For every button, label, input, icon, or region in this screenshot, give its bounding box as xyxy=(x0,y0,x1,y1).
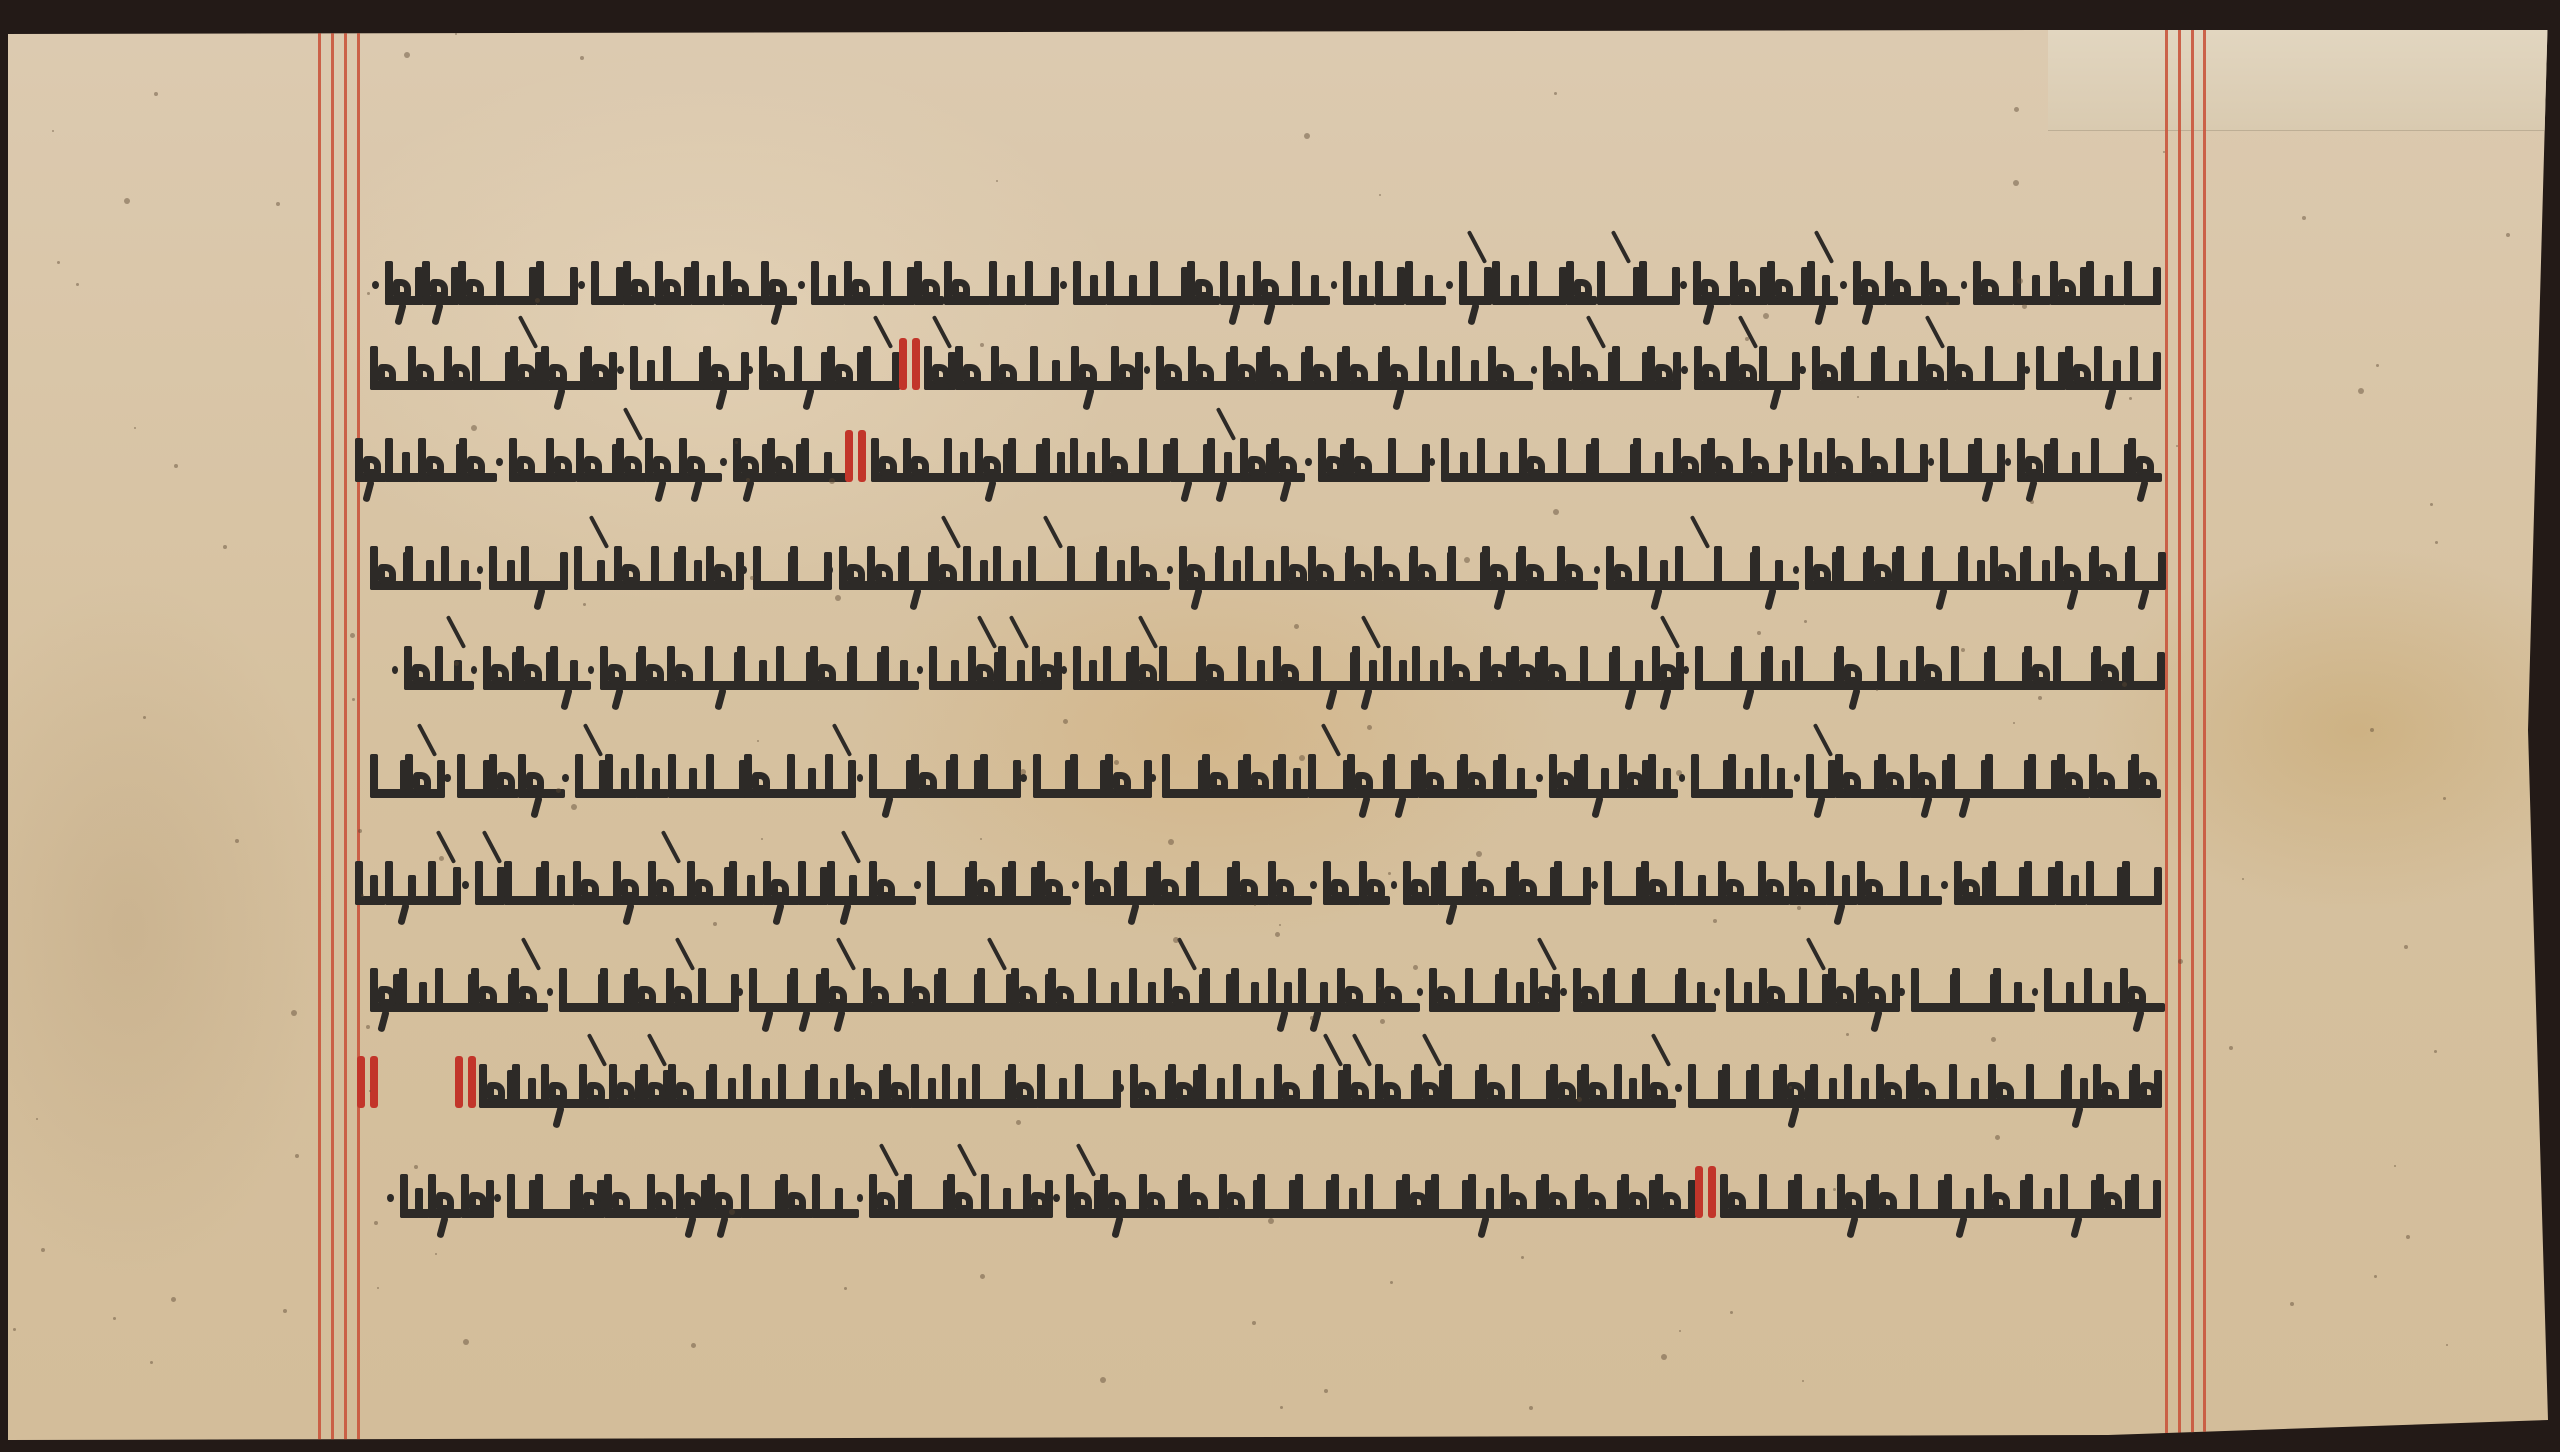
script-glyph xyxy=(972,1062,1004,1108)
script-glyph xyxy=(1885,259,1917,305)
script-glyph xyxy=(863,344,893,390)
red-double-danda xyxy=(897,338,918,390)
punctuation-dot xyxy=(1799,366,1806,374)
punctuation-dot xyxy=(392,666,398,674)
script-glyph xyxy=(706,544,735,590)
script-glyph xyxy=(1730,259,1763,305)
script-glyph xyxy=(810,1062,842,1108)
script-glyph xyxy=(798,859,823,905)
script-glyph xyxy=(2053,644,2089,690)
red-double-danda xyxy=(1693,1166,1715,1218)
script-glyph xyxy=(1182,1172,1214,1218)
script-glyph xyxy=(1230,344,1258,390)
script-glyph xyxy=(400,1172,425,1218)
script-glyph xyxy=(1530,966,1554,1012)
script-glyph xyxy=(1412,644,1440,690)
script-glyph xyxy=(1876,1062,1906,1108)
paper-speck xyxy=(1173,937,1179,943)
paper-speck xyxy=(367,292,370,295)
punctuation-dot xyxy=(1446,281,1453,289)
script-glyph xyxy=(1131,644,1154,690)
paper-speck xyxy=(2163,151,2165,153)
script-glyph xyxy=(944,436,971,482)
script-glyph xyxy=(2127,544,2156,590)
punctuation-dot xyxy=(617,366,624,374)
script-glyph xyxy=(1988,859,2021,905)
paper-speck xyxy=(377,1287,379,1289)
paper-speck xyxy=(1961,648,1965,652)
punctuation-dot xyxy=(1675,1084,1681,1092)
paper-speck xyxy=(2176,445,2178,447)
paper-speck xyxy=(583,603,586,606)
script-glyph xyxy=(1008,859,1034,905)
paper-speck xyxy=(835,595,841,601)
script-glyph xyxy=(1921,259,1955,305)
red-double-danda xyxy=(843,430,864,482)
script-glyph xyxy=(535,1172,571,1218)
script-glyph xyxy=(938,966,973,1012)
punctuation-dot xyxy=(462,881,469,889)
paper-speck xyxy=(291,1010,297,1016)
script-glyph xyxy=(1346,436,1384,482)
script-glyph xyxy=(1231,966,1264,1012)
paper-speck xyxy=(1661,1354,1667,1360)
script-glyph xyxy=(541,859,569,905)
script-glyph xyxy=(370,544,401,590)
paper-speck xyxy=(1299,755,1305,761)
paper-speck xyxy=(276,202,280,206)
punctuation-dot xyxy=(914,881,921,889)
script-glyph xyxy=(1106,259,1146,305)
script-glyph xyxy=(759,344,790,390)
script-glyph xyxy=(1008,1062,1033,1108)
paper-speck xyxy=(57,261,60,264)
script-glyph xyxy=(1219,1172,1254,1218)
script-glyph xyxy=(1375,1062,1410,1108)
script-glyph xyxy=(1365,1172,1397,1218)
script-glyph xyxy=(1164,966,1198,1012)
paper-speck xyxy=(1553,509,1559,515)
paper-speck xyxy=(761,838,763,840)
paper-speck xyxy=(1379,194,1381,196)
text-line xyxy=(370,738,2160,798)
paper-speck xyxy=(996,180,998,182)
script-glyph xyxy=(521,544,556,590)
script-glyph xyxy=(2086,859,2119,905)
script-glyph xyxy=(1954,859,1984,905)
script-glyph xyxy=(2028,752,2054,798)
script-glyph xyxy=(573,859,609,905)
script-glyph xyxy=(579,1062,604,1108)
script-glyph xyxy=(2023,544,2052,590)
script-glyph xyxy=(1540,644,1576,690)
script-glyph xyxy=(1529,259,1562,305)
script-glyph xyxy=(1042,436,1066,482)
punctuation-dot xyxy=(1680,281,1687,289)
script-glyph xyxy=(1835,752,1874,798)
script-glyph xyxy=(723,259,757,305)
script-glyph xyxy=(1734,644,1761,690)
paper-speck xyxy=(1310,1016,1314,1020)
script-glyph xyxy=(2094,344,2126,390)
script-glyph xyxy=(1444,644,1478,690)
paper-speck xyxy=(463,1339,469,1345)
script-glyph xyxy=(630,966,663,1012)
script-glyph xyxy=(605,752,632,798)
script-glyph xyxy=(1573,966,1603,1012)
script-glyph xyxy=(1070,436,1098,482)
punctuation-dot xyxy=(1594,566,1600,574)
script-glyph xyxy=(1675,544,1710,590)
text-line xyxy=(370,530,2160,590)
paper-speck xyxy=(1713,919,1717,923)
script-glyph xyxy=(636,752,663,798)
script-glyph xyxy=(2132,1062,2156,1108)
red-double-danda xyxy=(355,1056,376,1108)
script-glyph xyxy=(444,344,469,390)
script-glyph xyxy=(1460,752,1494,798)
script-glyph xyxy=(1274,1062,1311,1108)
paper-speck xyxy=(2435,541,2438,544)
script-glyph xyxy=(509,436,542,482)
script-glyph xyxy=(1465,966,1495,1012)
script-glyph xyxy=(1655,1172,1689,1218)
script-glyph xyxy=(1501,1172,1537,1218)
punctuation-dot xyxy=(1061,666,1067,674)
script-glyph xyxy=(1103,644,1127,690)
script-glyph xyxy=(370,344,404,390)
script-glyph xyxy=(1492,259,1526,305)
script-glyph xyxy=(1743,436,1780,482)
script-glyph xyxy=(1940,436,1969,482)
script-glyph xyxy=(1805,544,1831,590)
script-glyph xyxy=(678,544,702,590)
paper-speck xyxy=(1280,1406,1283,1409)
script-glyph xyxy=(457,752,485,798)
script-glyph xyxy=(2060,1172,2092,1218)
script-glyph xyxy=(1799,966,1824,1012)
script-glyph xyxy=(591,259,619,305)
paper-speck xyxy=(439,856,444,861)
punctuation-dot xyxy=(1714,988,1720,996)
script-glyph xyxy=(600,644,634,690)
paper-speck xyxy=(2022,304,2027,309)
script-glyph xyxy=(705,644,734,690)
paper-speck xyxy=(366,1025,370,1029)
script-glyph xyxy=(623,259,651,305)
paper-speck xyxy=(455,33,457,35)
script-glyph xyxy=(1088,966,1125,1012)
script-glyph xyxy=(2050,259,2083,305)
paper-speck xyxy=(113,1317,116,1320)
script-glyph xyxy=(1253,259,1288,305)
script-glyph xyxy=(869,859,908,905)
paper-speck xyxy=(829,478,835,484)
punctuation-dot xyxy=(444,774,451,782)
script-glyph xyxy=(1639,259,1674,305)
script-glyph xyxy=(761,259,792,305)
script-glyph xyxy=(1896,544,1922,590)
script-glyph xyxy=(511,966,540,1012)
paper-speck xyxy=(1063,719,1068,724)
script-glyph xyxy=(616,436,641,482)
punctuation-dot xyxy=(741,566,747,574)
script-glyph xyxy=(1673,436,1702,482)
punctuation-dot xyxy=(496,458,503,466)
script-glyph xyxy=(1973,259,2008,305)
script-glyph xyxy=(869,1172,900,1218)
punctuation-dot xyxy=(2024,366,2031,374)
script-glyph xyxy=(1759,966,1795,1012)
script-glyph xyxy=(883,259,911,305)
script-glyph xyxy=(1688,1062,1718,1108)
script-glyph xyxy=(811,259,840,305)
paper-speck xyxy=(1367,725,1372,730)
punctuation-dot xyxy=(1060,281,1067,289)
script-glyph xyxy=(1652,644,1677,690)
script-glyph xyxy=(1410,544,1444,590)
paper-speck xyxy=(352,698,355,701)
paper-speck xyxy=(844,1287,847,1290)
script-glyph xyxy=(1202,752,1238,798)
script-glyph xyxy=(1316,1062,1340,1108)
script-glyph xyxy=(1877,344,1914,390)
punctuation-dot xyxy=(588,666,594,674)
script-glyph xyxy=(1759,1172,1790,1218)
script-glyph xyxy=(1812,344,1842,390)
script-glyph xyxy=(2120,966,2156,1012)
script-glyph xyxy=(2091,544,2123,590)
script-glyph xyxy=(975,436,1004,482)
paper-speck xyxy=(713,922,717,926)
script-glyph xyxy=(1452,344,1483,390)
script-glyph xyxy=(408,344,440,390)
script-glyph xyxy=(1900,859,1935,905)
script-glyph xyxy=(1837,1172,1868,1218)
paper-speck xyxy=(2013,180,2019,186)
script-glyph xyxy=(370,966,395,1012)
script-glyph xyxy=(2065,344,2091,390)
script-glyph xyxy=(1073,259,1102,305)
paper-speck xyxy=(1275,932,1280,937)
script-glyph xyxy=(422,259,454,305)
script-glyph xyxy=(737,644,772,690)
script-glyph xyxy=(550,644,582,690)
paper-speck xyxy=(2404,945,2408,949)
script-glyph xyxy=(1836,544,1862,590)
script-glyph xyxy=(1607,966,1633,1012)
script-glyph xyxy=(1119,859,1148,905)
paper-speck xyxy=(1857,396,1859,398)
script-glyph xyxy=(1150,259,1184,305)
script-glyph xyxy=(1429,966,1461,1012)
script-glyph xyxy=(1860,966,1892,1012)
punctuation-dot xyxy=(1794,774,1801,782)
punctuation-dot xyxy=(1310,881,1317,889)
script-glyph xyxy=(676,1172,703,1218)
paper-speck xyxy=(1745,337,1749,341)
script-glyph xyxy=(1102,436,1135,482)
script-glyph xyxy=(1405,259,1440,305)
script-glyph xyxy=(1347,752,1383,798)
script-glyph xyxy=(1993,966,2026,1012)
script-glyph xyxy=(1641,859,1671,905)
script-glyph xyxy=(1331,1172,1362,1218)
paper-speck xyxy=(52,130,54,132)
punctuation-dot xyxy=(1144,366,1151,374)
paper-speck xyxy=(2229,1046,2233,1050)
script-glyph xyxy=(1105,752,1144,798)
script-glyph xyxy=(969,859,1003,905)
paper-speck xyxy=(980,1274,985,1279)
script-glyph xyxy=(1572,344,1608,390)
script-glyph xyxy=(703,344,741,390)
script-glyph xyxy=(1974,436,1999,482)
manuscript-text xyxy=(8,30,2548,1440)
script-glyph xyxy=(1441,436,1473,482)
paper-speck xyxy=(1579,681,1581,683)
script-glyph xyxy=(729,859,759,905)
script-glyph xyxy=(1549,752,1576,798)
punctuation-dot xyxy=(737,988,743,996)
paper-speck xyxy=(2030,665,2032,667)
script-glyph xyxy=(1519,436,1553,482)
paper-speck xyxy=(691,1343,696,1348)
punctuation-dot xyxy=(1305,458,1312,466)
paper-speck xyxy=(13,1328,16,1331)
paper-speck xyxy=(1268,1218,1274,1224)
paper-speck xyxy=(1413,965,1418,970)
script-glyph xyxy=(655,259,687,305)
script-glyph xyxy=(1896,436,1922,482)
script-glyph xyxy=(2036,344,2061,390)
paper-speck xyxy=(2376,364,2379,367)
script-glyph xyxy=(385,436,414,482)
script-glyph xyxy=(827,344,858,390)
script-glyph xyxy=(1308,752,1343,798)
script-glyph xyxy=(1691,752,1724,798)
script-glyph xyxy=(1488,344,1525,390)
script-glyph xyxy=(489,752,514,798)
punctuation-dot xyxy=(562,774,569,782)
script-glyph xyxy=(1130,1062,1164,1108)
paper-speck xyxy=(580,56,584,60)
script-glyph xyxy=(846,1062,878,1108)
punctuation-dot xyxy=(1840,281,1847,289)
script-glyph xyxy=(1179,544,1212,590)
script-glyph xyxy=(1028,544,1063,590)
punctuation-dot xyxy=(1417,988,1423,996)
script-glyph xyxy=(1799,436,1823,482)
script-glyph xyxy=(1268,859,1305,905)
script-glyph xyxy=(504,859,537,905)
script-glyph xyxy=(1637,966,1674,1012)
text-line xyxy=(355,845,2160,905)
paper-speck xyxy=(1833,1188,1836,1191)
paper-speck xyxy=(174,464,178,468)
script-glyph xyxy=(385,859,424,905)
script-glyph xyxy=(1647,344,1675,390)
paper-speck xyxy=(1020,769,1026,775)
script-glyph xyxy=(881,644,911,690)
script-glyph xyxy=(1694,344,1727,390)
script-glyph xyxy=(1910,1172,1940,1218)
punctuation-dot xyxy=(2005,458,2012,466)
script-glyph xyxy=(1714,544,1747,590)
script-glyph xyxy=(1066,1172,1096,1218)
script-glyph xyxy=(435,966,468,1012)
script-glyph xyxy=(790,966,817,1012)
script-glyph xyxy=(2086,259,2120,305)
script-glyph xyxy=(1718,859,1754,905)
script-glyph xyxy=(989,259,1021,305)
script-glyph xyxy=(1313,644,1348,690)
script-glyph xyxy=(1499,966,1526,1012)
script-glyph xyxy=(668,1062,704,1108)
script-glyph xyxy=(1720,1172,1755,1218)
script-glyph xyxy=(911,1062,938,1108)
paper-speck xyxy=(980,343,984,347)
paper-speck xyxy=(1521,1256,1524,1259)
paper-speck xyxy=(1304,133,1310,139)
script-glyph xyxy=(418,436,456,482)
script-glyph xyxy=(1911,966,1948,1012)
punctuation-dot xyxy=(387,1194,394,1202)
paper-speck xyxy=(750,576,754,580)
script-glyph xyxy=(496,259,531,305)
script-glyph xyxy=(914,259,940,305)
punctuation-dot xyxy=(1118,1084,1124,1092)
script-glyph xyxy=(1779,1062,1806,1108)
paper-speck xyxy=(1324,1389,1328,1393)
script-glyph xyxy=(1758,859,1785,905)
script-glyph xyxy=(1619,752,1645,798)
script-glyph xyxy=(1159,644,1194,690)
script-glyph xyxy=(2131,752,2156,798)
script-glyph xyxy=(1580,752,1615,798)
paper-speck xyxy=(556,788,561,793)
script-glyph xyxy=(1566,259,1593,305)
script-glyph xyxy=(1633,436,1669,482)
script-glyph xyxy=(1067,544,1095,590)
script-glyph xyxy=(1352,644,1378,690)
punctuation-dot xyxy=(547,988,553,996)
script-glyph xyxy=(1233,1062,1270,1108)
script-glyph xyxy=(1271,436,1299,482)
script-glyph xyxy=(1139,1172,1178,1218)
paper-speck xyxy=(2129,397,2132,400)
paper-speck xyxy=(2406,1235,2410,1239)
script-glyph xyxy=(1232,859,1264,905)
script-glyph xyxy=(977,966,1006,1012)
script-glyph xyxy=(1477,436,1515,482)
script-glyph xyxy=(687,859,725,905)
script-glyph xyxy=(475,859,500,905)
punctuation-dot xyxy=(1560,988,1566,996)
script-glyph xyxy=(1418,752,1457,798)
script-glyph xyxy=(827,859,865,905)
script-glyph xyxy=(1947,344,1981,390)
script-glyph xyxy=(812,1172,851,1218)
script-glyph xyxy=(370,752,401,798)
script-glyph xyxy=(1960,544,1986,590)
script-glyph xyxy=(1580,1172,1617,1218)
script-glyph xyxy=(1794,1172,1833,1218)
paper-speck xyxy=(1679,1330,1681,1332)
script-glyph xyxy=(1810,1062,1841,1108)
script-glyph xyxy=(991,344,1026,390)
script-glyph xyxy=(839,544,863,590)
